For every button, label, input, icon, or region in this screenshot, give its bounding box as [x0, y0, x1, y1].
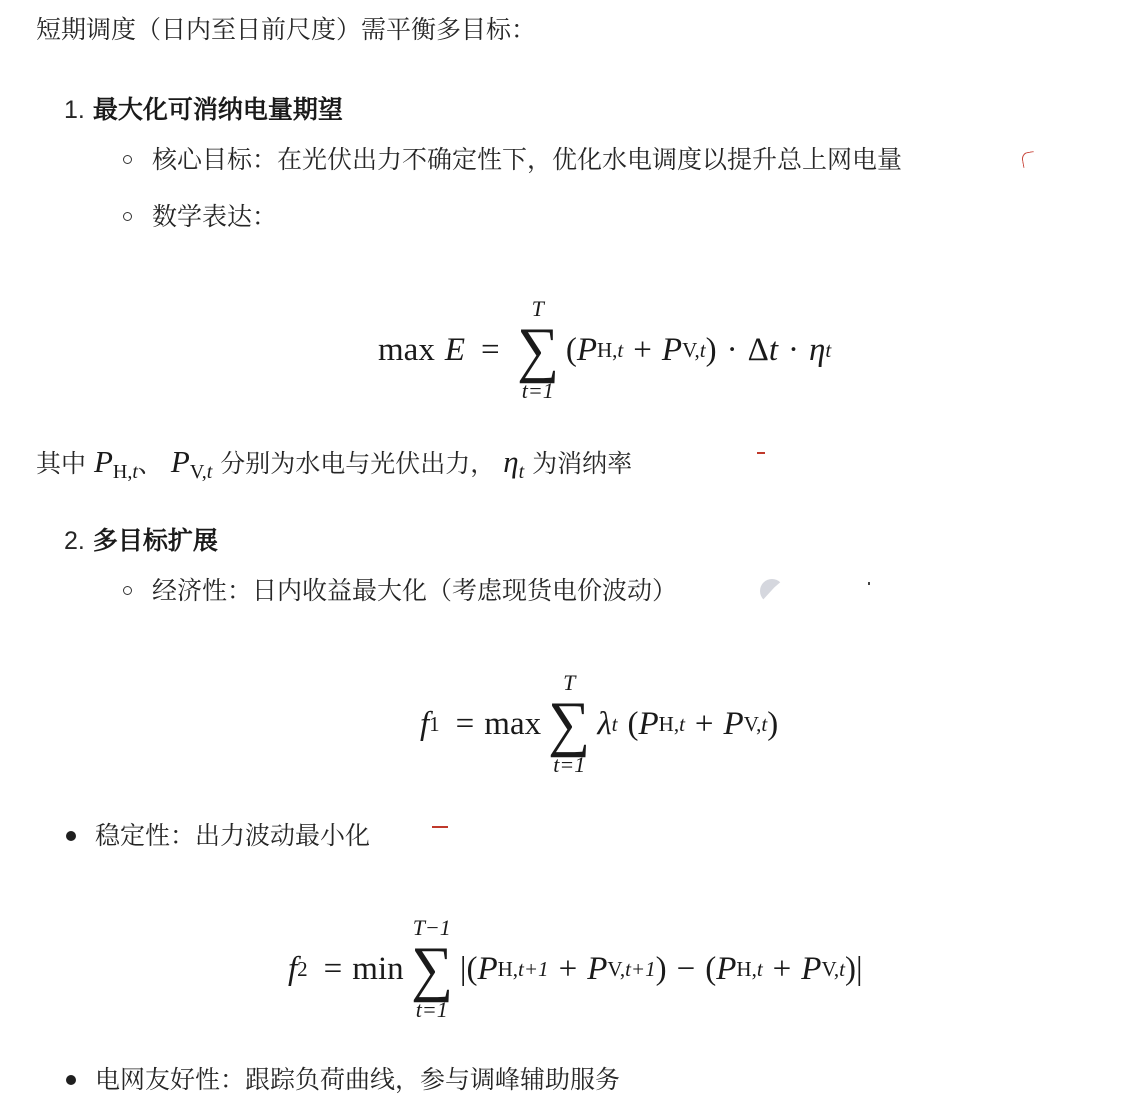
- loading-spinner-icon: [1021, 151, 1036, 168]
- sub-H: H: [659, 712, 674, 736]
- var-P: P: [801, 951, 821, 988]
- minus: −: [677, 951, 696, 988]
- var-lambda: λ: [597, 706, 611, 743]
- var-f: f: [420, 706, 429, 743]
- sub-V: V: [607, 957, 619, 981]
- filled-bullet-icon: [66, 1075, 76, 1085]
- note-suffix: 为消纳率: [532, 449, 632, 478]
- var-eta: η: [809, 332, 825, 369]
- var-P: P: [587, 951, 607, 988]
- cdot: ·: [727, 332, 738, 369]
- var-P: P: [477, 951, 497, 988]
- section-1-title: 最大化可消纳电量期望: [93, 95, 343, 124]
- sub-V: V: [821, 957, 833, 981]
- sub-t-plus-1: t+1: [518, 957, 549, 981]
- hollow-bullet-icon: [123, 586, 132, 595]
- list-item-core-goal: 核心目标：在光伏出力不确定性下，优化水电调度以提升总上网电量: [152, 144, 902, 176]
- section-2-title: 多目标扩展: [93, 526, 218, 555]
- sub-V: V: [190, 461, 202, 483]
- loading-spinner-icon: [760, 579, 784, 603]
- plus: +: [773, 951, 792, 988]
- summation: T ∑ t=1: [516, 298, 560, 402]
- note-mid: 分别为水电与光伏出力，: [220, 449, 495, 478]
- paren: ): [767, 706, 778, 743]
- abs-bar: |: [856, 951, 863, 988]
- list-item-economy: 经济性：日内收益最大化（考虑现货电价波动）: [152, 575, 677, 607]
- section-2-heading: 2. 多目标扩展: [64, 525, 218, 557]
- var-f: f: [288, 951, 297, 988]
- sub-t: t: [617, 338, 623, 362]
- sub-t-plus-1: t+1: [625, 957, 656, 981]
- cdot: ·: [788, 332, 799, 369]
- delta: Δ: [748, 332, 769, 369]
- section-1-heading: 1. 最大化可消纳电量期望: [64, 94, 343, 126]
- note-sep: 、: [138, 449, 163, 478]
- sigma-icon: ∑: [548, 694, 590, 754]
- paren: ): [845, 951, 856, 988]
- equals: =: [456, 706, 475, 743]
- section-1-number: 1.: [64, 96, 85, 124]
- formula-note: 其中 PH,t、 PV,t 分别为水电与光伏出力， ηt 为消纳率: [36, 446, 632, 480]
- paren: (: [627, 706, 638, 743]
- var-t: t: [769, 332, 778, 369]
- op-min: min: [352, 951, 403, 988]
- filled-bullet-icon: [66, 831, 76, 841]
- loading-artifact-icon: [432, 826, 448, 828]
- hollow-bullet-icon: [123, 212, 132, 221]
- sub-t: t: [519, 461, 525, 483]
- list-item-stability: 稳定性：出力波动最小化: [95, 820, 370, 852]
- plus: +: [633, 332, 652, 369]
- hollow-bullet-icon: [123, 155, 132, 164]
- op-max: max: [484, 706, 541, 743]
- sub-V: V: [744, 712, 756, 736]
- var-P: P: [171, 444, 190, 479]
- equals: =: [481, 332, 500, 369]
- sigma-icon: ∑: [517, 320, 559, 380]
- loading-artifact-icon: [757, 452, 765, 454]
- var-P: P: [724, 706, 744, 743]
- intro-text: 短期调度（日内至日前尺度）需平衡多目标：: [36, 14, 536, 46]
- plus: +: [695, 706, 714, 743]
- var-P: P: [577, 332, 597, 369]
- sub-H: H: [113, 461, 127, 483]
- var-P: P: [716, 951, 736, 988]
- paren: (: [566, 332, 577, 369]
- paren: ): [706, 332, 717, 369]
- summation: T−1 ∑ t=1: [410, 917, 454, 1021]
- sigma-icon: ∑: [411, 939, 453, 999]
- sub-V: V: [682, 338, 694, 362]
- abs-bar: |: [460, 951, 467, 988]
- sub-H: H: [498, 957, 513, 981]
- list-item-math-expression: 数学表达：: [152, 201, 277, 233]
- var-P: P: [94, 444, 113, 479]
- list-item-grid-friendly: 电网友好性：跟踪负荷曲线，参与调峰辅助服务: [95, 1064, 693, 1096]
- section-2-number: 2.: [64, 527, 85, 555]
- paren: ): [656, 951, 667, 988]
- paren: (: [466, 951, 477, 988]
- summation: T ∑ t=1: [547, 672, 591, 776]
- note-prefix: 其中: [36, 449, 86, 478]
- equals: =: [324, 951, 343, 988]
- sub-H: H: [736, 957, 751, 981]
- loading-artifact-icon: [868, 582, 870, 585]
- paren: (: [705, 951, 716, 988]
- formula-f1-economy: f1 = max T ∑ t=1 λt (PH,t + PV,t): [420, 672, 778, 776]
- plus: +: [559, 951, 578, 988]
- sub-t: t: [679, 712, 685, 736]
- var-P: P: [638, 706, 658, 743]
- op-max: max: [378, 332, 435, 369]
- formula-f2-stability: f2 = min T−1 ∑ t=1 |(PH,t+1 + PV,t+1) − …: [288, 917, 863, 1021]
- formula-max-energy: max E = T ∑ t=1 (PH,t + PV,t) · Δt · ηt: [378, 298, 831, 402]
- sub-t: t: [207, 461, 213, 483]
- var-E: E: [445, 332, 465, 369]
- sub-t: t: [757, 957, 763, 981]
- var-P: P: [662, 332, 682, 369]
- sub-H: H: [597, 338, 612, 362]
- var-eta: η: [503, 444, 518, 479]
